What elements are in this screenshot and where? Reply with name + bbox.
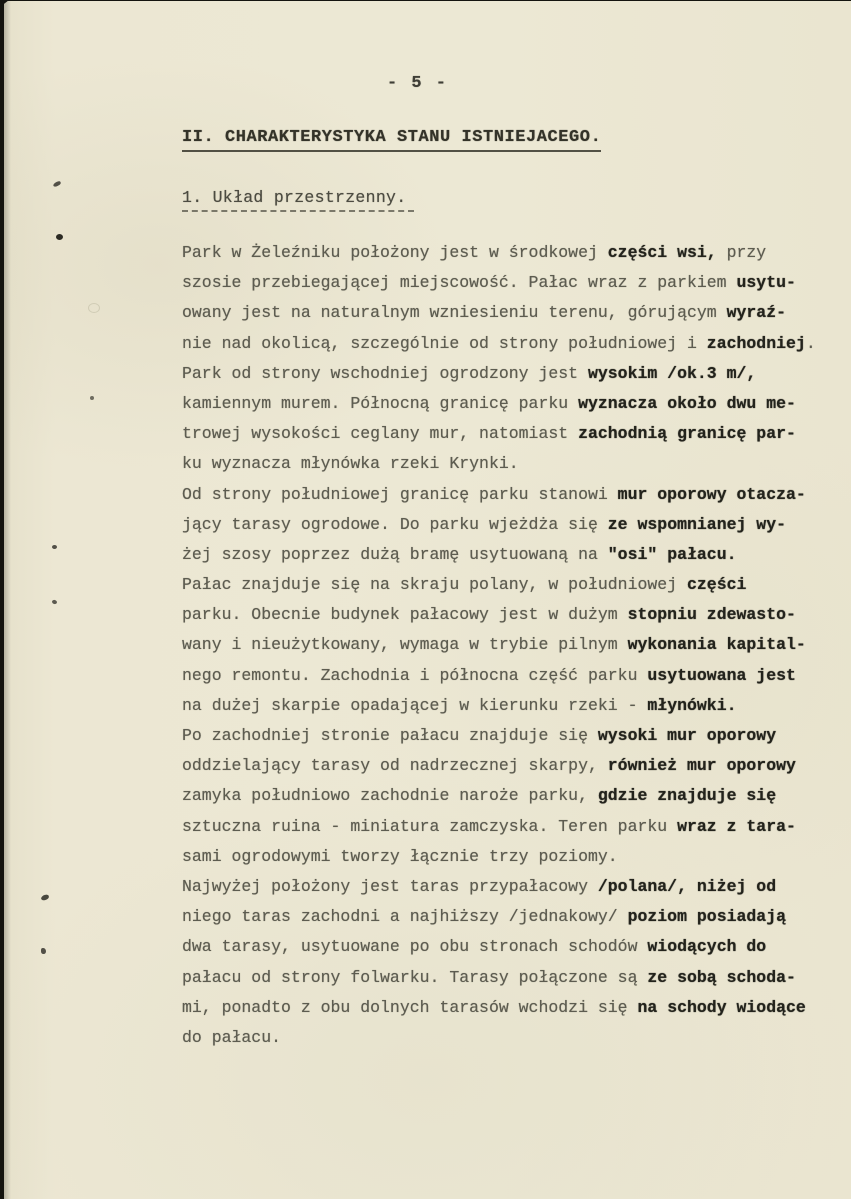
text-line: niego taras zachodni a najhiższy /jednak…	[182, 902, 830, 932]
ink-speck	[41, 948, 46, 954]
text-line: ku wyznacza młynówka rzeki Krynki.	[182, 449, 830, 479]
text-line: nego remontu. Zachodnia i północna część…	[182, 661, 830, 691]
text-line: Od strony południowej granicę parku stan…	[182, 480, 830, 510]
text-line: dwa tarasy, usytuowane po obu stronach s…	[182, 932, 830, 962]
text-line: parku. Obecnie budynek pałacowy jest w d…	[182, 600, 830, 630]
text-line: pałacu od strony folwarku. Tarasy połącz…	[182, 963, 830, 993]
text-line: szosie przebiegającej miejscowość. Pałac…	[182, 268, 830, 298]
text-line: Pałac znajduje się na skraju polany, w p…	[182, 570, 830, 600]
text-line: mi, ponadto z obu dolnych tarasów wchodz…	[182, 993, 830, 1023]
paper-sheet: - 5 - II. CHARAKTERYSTYKA STANU ISTNIEJA…	[4, 1, 851, 1199]
text-line: wany i nieużytkowany, wymaga w trybie pi…	[182, 630, 830, 660]
text-line: żej szosy poprzez dużą bramę usytuowaną …	[182, 540, 830, 570]
text-line: zamyka południowo zachodnie naroże parku…	[182, 781, 830, 811]
ink-speck	[90, 396, 94, 400]
ink-speck	[88, 303, 100, 313]
text-line: jący tarasy ogrodowe. Do parku wjeżdża s…	[182, 510, 830, 540]
text-line: kamiennym murem. Północną granicę parku …	[182, 389, 830, 419]
ink-speck	[51, 599, 57, 604]
text-line: Park od strony wschodniej ogrodzony jest…	[182, 359, 830, 389]
text-line: Po zachodniej stronie pałacu znajduje si…	[182, 721, 830, 751]
ink-speck	[56, 234, 63, 240]
ink-speck	[52, 545, 57, 549]
subsection-heading: 1. Układ przestrzenny.	[182, 188, 414, 212]
text-line: trowej wysokości ceglany mur, natomiast …	[182, 419, 830, 449]
text-line: sztuczna ruina - miniatura zamczyska. Te…	[182, 812, 830, 842]
ink-speck	[53, 180, 62, 187]
section-heading: II. CHARAKTERYSTYKA STANU ISTNIEJACEGO.	[182, 128, 601, 152]
text-line: na dużej skarpie opadającej w kierunku r…	[182, 691, 830, 721]
corner-cut	[0, 0, 9, 7]
text-line: do pałacu.	[182, 1023, 830, 1053]
ink-speck	[40, 894, 49, 901]
text-line: Najwyżej położony jest taras przypałacow…	[182, 872, 830, 902]
text-line: oddzielający tarasy od nadrzecznej skarp…	[182, 751, 830, 781]
text-line: Park w Żeleźniku położony jest w środkow…	[182, 238, 830, 268]
page-number: - 5 -	[387, 74, 448, 93]
text-line: owany jest na naturalnym wzniesieniu ter…	[182, 298, 830, 328]
scan-edge-shadow	[4, 0, 11, 1199]
text-line: sami ogrodowymi tworzy łącznie trzy pozi…	[182, 842, 830, 872]
body-text: Park w Żeleźniku położony jest w środkow…	[182, 238, 830, 1053]
text-line: nie nad okolicą, szczególnie od strony p…	[182, 329, 830, 359]
scanned-page-background: { "document": { "page_number": "- 5 -", …	[0, 0, 851, 1199]
